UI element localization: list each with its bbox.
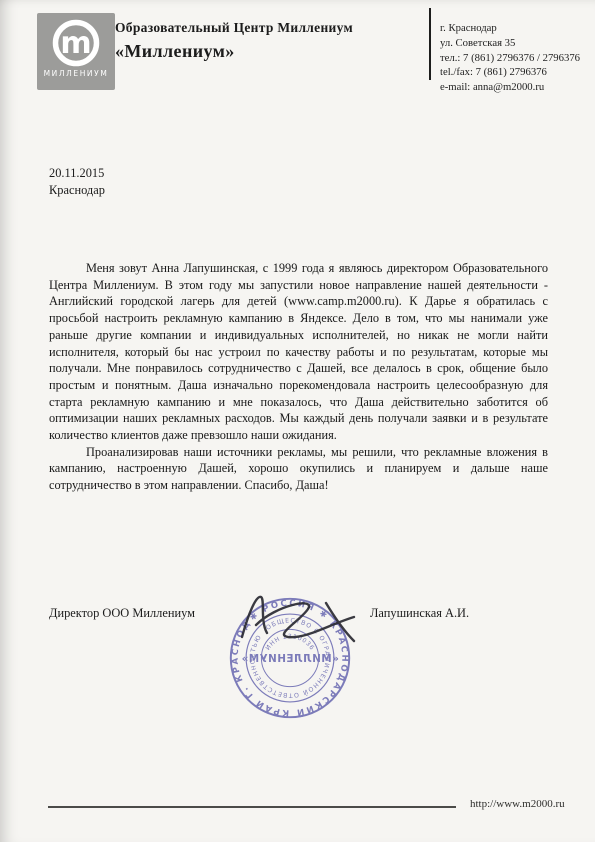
org-title-block: Образовательный Центр Миллениум «Миллени… bbox=[115, 20, 353, 62]
letter-body: Меня зовут Анна Лапушинская, с 1999 года… bbox=[49, 260, 548, 494]
dateline: 20.11.2015 Краснодар bbox=[49, 165, 105, 199]
contact-telfax: tel./fax: 7 (861) 2796376 bbox=[440, 65, 580, 80]
footer-url: http://www.m2000.ru bbox=[470, 798, 565, 810]
signer-position: Директор ООО Миллениум bbox=[49, 606, 195, 621]
scanned-letter-page: m МИЛЛЕНИУМ Образовательный Центр Миллен… bbox=[0, 0, 595, 842]
body-paragraph-2: Проанализировав наши источники рекламы, … bbox=[49, 444, 548, 494]
logo-label: МИЛЛЕНИУМ bbox=[44, 69, 109, 78]
logo-monogram: m bbox=[60, 26, 91, 61]
org-name: Образовательный Центр Миллениум bbox=[115, 20, 353, 36]
handwritten-signature bbox=[228, 585, 363, 647]
contact-email: e-mail: anna@m2000.ru bbox=[440, 80, 580, 95]
contact-divider-line bbox=[429, 8, 431, 80]
company-logo: m МИЛЛЕНИУМ bbox=[37, 13, 115, 90]
letter-date: 20.11.2015 bbox=[49, 165, 105, 182]
contact-street: ул. Советская 35 bbox=[440, 36, 580, 51]
org-short-name: «Миллениум» bbox=[115, 41, 353, 62]
contact-city: г. Краснодар bbox=[440, 21, 580, 36]
signer-name: Лапушинская А.И. bbox=[370, 606, 469, 621]
body-paragraph-1: Меня зовут Анна Лапушинская, с 1999 года… bbox=[49, 260, 548, 444]
letter-city: Краснодар bbox=[49, 182, 105, 199]
contact-block: г. Краснодар ул. Советская 35 тел.: 7 (8… bbox=[440, 21, 580, 95]
contact-phone: тел.: 7 (861) 2796376 / 2796376 bbox=[440, 51, 580, 66]
stamp-center-text: «МИЛЛЕНИУМ» bbox=[241, 653, 339, 665]
footer-rule bbox=[48, 806, 456, 808]
logo-emblem-icon: m bbox=[40, 16, 112, 70]
